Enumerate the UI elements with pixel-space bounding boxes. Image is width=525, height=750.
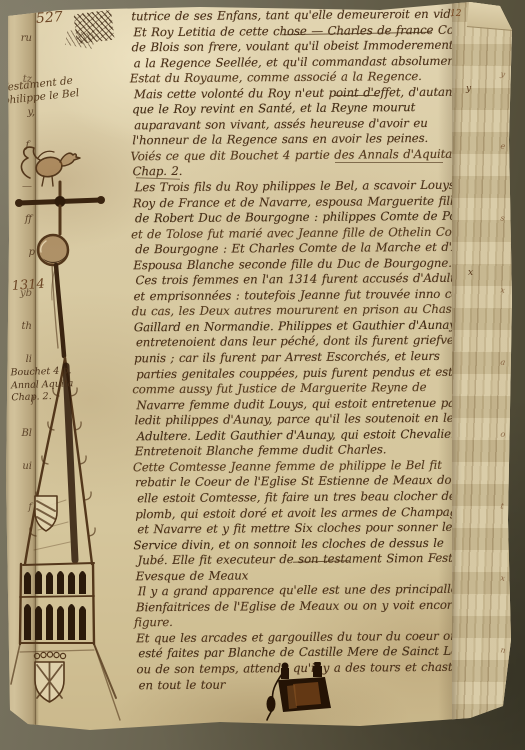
weathercock-rooster-icon bbox=[21, 147, 80, 186]
facing-page-text-fragment: ru bbox=[0, 33, 36, 66]
margin-note-bouchet: Bouchet 4 p. Annal Aquita Chap. 2. bbox=[10, 365, 91, 405]
underline-flourish bbox=[335, 162, 443, 163]
folio-number: 12 bbox=[450, 9, 461, 19]
spire-date-label: 1314 bbox=[11, 277, 45, 294]
tower-sketch-icon bbox=[267, 662, 332, 720]
ink-scribble-small bbox=[65, 30, 95, 49]
page-number: 527 bbox=[35, 9, 63, 27]
manuscript-photo: og rutzy,f.—ffpybthlifBluif 527 Testamen… bbox=[0, 0, 525, 750]
margin-mark: x bbox=[468, 268, 473, 278]
page-corner-stack bbox=[467, 0, 515, 31]
facing-page-text-fragment: og bbox=[0, 0, 36, 33]
bell-tower-lancets bbox=[11, 564, 120, 720]
weathervane-cross-icon bbox=[15, 182, 105, 234]
fore-edge-marks: y esxaotxn bbox=[495, 70, 509, 718]
spire-drawing: 1314 bbox=[8, 138, 140, 724]
dark-tower-sketch bbox=[263, 662, 355, 722]
gothic-spire bbox=[23, 264, 95, 565]
manuscript-page: og rutzy,f.—ffpybthlifBluif 527 Testamen… bbox=[0, 0, 525, 750]
heraldic-shield-base-icon bbox=[34, 652, 65, 702]
orb-finial-icon bbox=[38, 235, 68, 265]
manuscript-text: tutrice de ses Enfans, tant qu'elle deme… bbox=[131, 7, 466, 694]
strikethrough-mark bbox=[335, 95, 379, 96]
facing-page-text-fragment: y, bbox=[0, 107, 36, 140]
margin-mark: y bbox=[466, 84, 471, 94]
